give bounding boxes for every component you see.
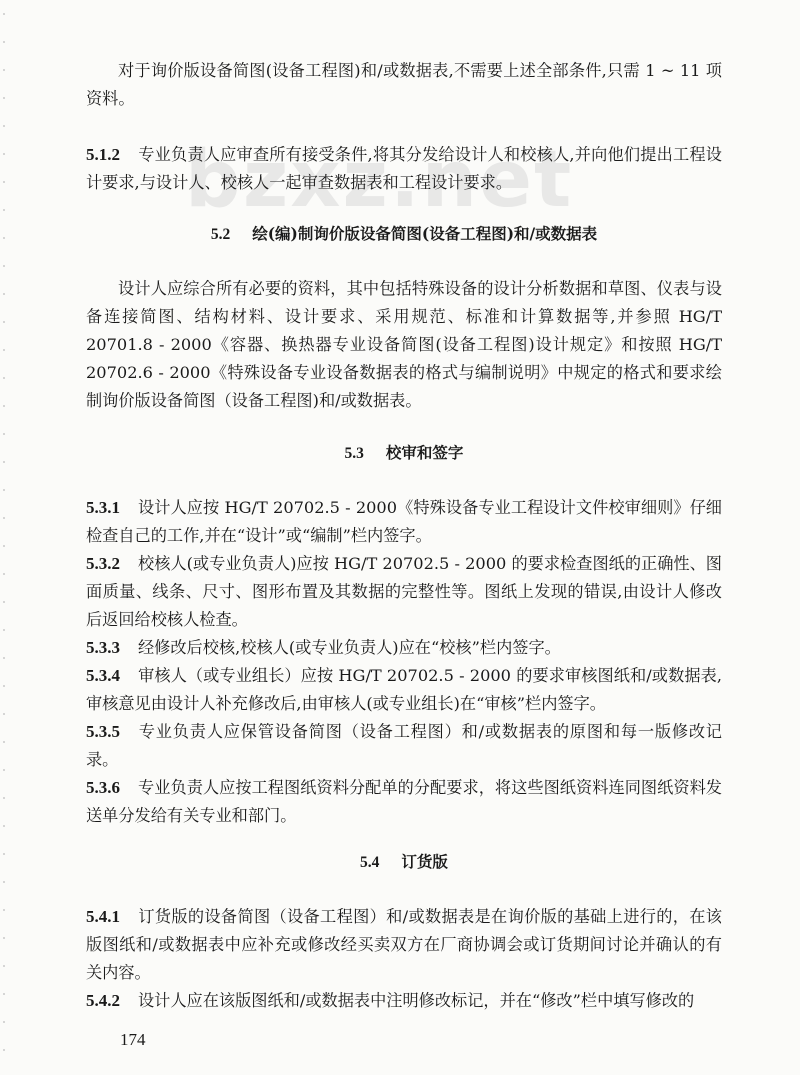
clause-number: 5.3.1 (86, 498, 120, 517)
section-heading-5-4: 5.4订货版 (86, 850, 722, 872)
clause-5-3-3: 5.3.3经修改后校核,校核人(或专业负责人)应在“校核”栏内签字。 (86, 634, 722, 662)
clause-text: 订货版的设备简图（设备工程图）和/或数据表是在询价版的基础上进行的，在该版图纸和… (86, 907, 722, 982)
section-title: 绘(编)制询价版设备简图(设备工程图)和/或数据表 (252, 224, 597, 243)
scan-edge-marks (2, 0, 6, 1075)
clause-number: 5.3.3 (86, 638, 120, 657)
clause-5-4-1: 5.4.1订货版的设备简图（设备工程图）和/或数据表是在询价版的基础上进行的，在… (86, 903, 722, 987)
clause-5-3-4: 5.3.4审核人（或专业组长）应按 HG/T 20702.5 - 2000 的要… (86, 662, 722, 718)
clause-5-1-2: 5.1.2专业负责人应审查所有接受条件,将其分发给设计人和校核人,并向他们提出工… (86, 141, 722, 197)
section-heading-5-2: 5.2绘(编)制询价版设备简图(设备工程图)和/或数据表 (86, 222, 722, 244)
intro-paragraph: 对于询价版设备简图(设备工程图)和/或数据表,不需要上述全部条件,只需 1 ~ … (86, 57, 722, 113)
page-number: 174 (120, 1030, 146, 1050)
clause-text: 专业负责人应保管设备简图（设备工程图）和/或数据表的原图和每一版修改记录。 (86, 722, 722, 769)
section-number: 5.2 (211, 226, 230, 243)
section-title: 订货版 (401, 852, 448, 871)
clause-5-3-1: 5.3.1设计人应按 HG/T 20702.5 - 2000《特殊设备专业工程设… (86, 494, 722, 550)
clause-number: 5.3.6 (86, 778, 120, 797)
section-5-2-paragraph: 设计人应综合所有必要的资料，其中包括特殊设备的设计分析数据和草图、仪表与设备连接… (86, 275, 722, 415)
clause-5-3-2: 5.3.2校核人(或专业负责人)应按 HG/T 20702.5 - 2000 的… (86, 550, 722, 634)
clause-text: 设计人应按 HG/T 20702.5 - 2000《特殊设备专业工程设计文件校审… (86, 498, 722, 545)
clause-number: 5.3.4 (86, 666, 120, 685)
clause-text: 专业负责人应审查所有接受条件,将其分发给设计人和校核人,并向他们提出工程设计要求… (86, 145, 722, 192)
section-number: 5.3 (345, 445, 364, 462)
clause-text: 设计人应在该版图纸和/或数据表中注明修改标记，并在“修改”栏中填写修改的 (138, 991, 694, 1010)
clause-number: 5.3.2 (86, 554, 120, 573)
clause-5-3-6: 5.3.6专业负责人应按工程图纸资料分配单的分配要求，将这些图纸资料连同图纸资料… (86, 774, 722, 830)
clause-5-4-2: 5.4.2设计人应在该版图纸和/或数据表中注明修改标记，并在“修改”栏中填写修改… (86, 987, 722, 1015)
section-number: 5.4 (360, 854, 379, 871)
clause-text: 经修改后校核,校核人(或专业负责人)应在“校核”栏内签字。 (138, 638, 561, 657)
clause-text: 审核人（或专业组长）应按 HG/T 20702.5 - 2000 的要求审核图纸… (86, 666, 722, 713)
section-heading-5-3: 5.3校审和签字 (86, 441, 722, 463)
clause-text: 专业负责人应按工程图纸资料分配单的分配要求，将这些图纸资料连同图纸资料发送单分发… (86, 778, 722, 825)
clause-number: 5.3.5 (86, 722, 120, 741)
clause-number: 5.1.2 (86, 145, 120, 164)
clause-text: 校核人(或专业负责人)应按 HG/T 20702.5 - 2000 的要求检查图… (86, 554, 722, 629)
section-title: 校审和签字 (386, 443, 464, 462)
clause-number: 5.4.2 (86, 991, 120, 1010)
clause-5-3-5: 5.3.5专业负责人应保管设备简图（设备工程图）和/或数据表的原图和每一版修改记… (86, 718, 722, 774)
clause-number: 5.4.1 (86, 907, 120, 926)
